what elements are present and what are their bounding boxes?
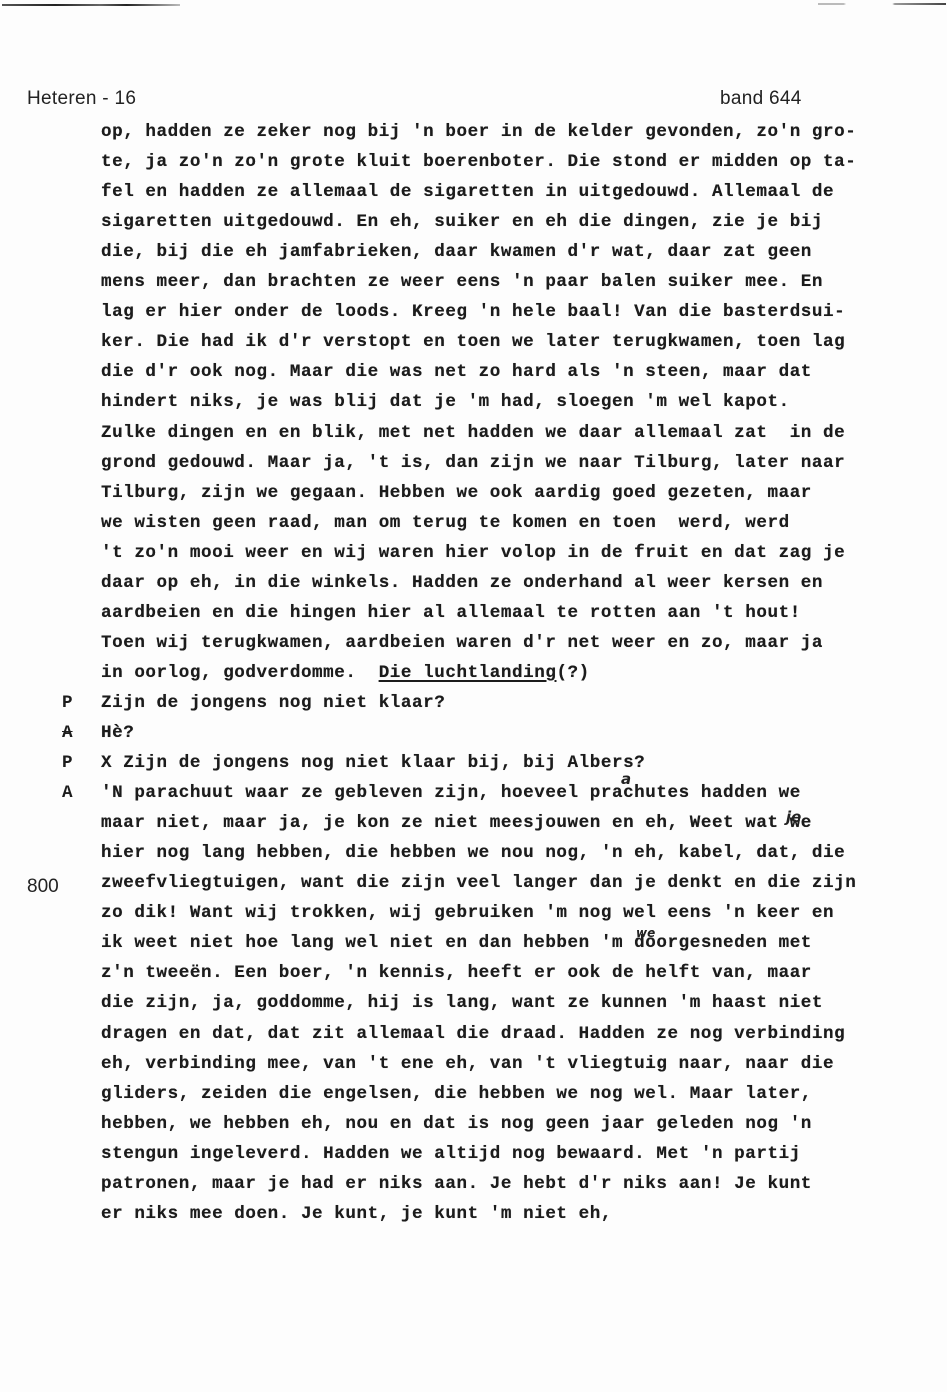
page-header: Heteren - 16 band 644 <box>27 88 927 116</box>
transcript-line: zo dik! Want wij trokken, wij gebruiken … <box>101 902 834 924</box>
handwritten-correction: a <box>621 770 631 788</box>
transcript-line: op, hadden ze zeker nog bij 'n boer in d… <box>101 121 856 143</box>
handwritten-correction: je <box>786 808 801 826</box>
transcript-line: te, ja zo'n zo'n grote kluit boerenboter… <box>101 151 856 173</box>
transcript-line: mens meer, dan brachten ze weer eens 'n … <box>101 271 823 293</box>
transcript-line: ik weet niet hoe lang wel niet en dan he… <box>101 932 812 954</box>
transcript-line: Toen wij terugkwamen, aardbeien waren d'… <box>101 632 823 654</box>
transcript-line: Zijn de jongens nog niet klaar? <box>101 692 445 714</box>
transcript-line: er niks mee doen. Je kunt, je kunt 'm ni… <box>101 1203 612 1225</box>
transcript-line: daar op eh, in die winkels. Hadden ze on… <box>101 572 823 594</box>
transcript-line: Zulke dingen en en blik, met net hadden … <box>101 422 845 444</box>
speaker-label: A <box>62 722 73 744</box>
tape-number: band 644 <box>720 88 802 110</box>
transcript-line: die, bij die eh jamfabrieken, daar kwame… <box>101 241 812 263</box>
transcript-line: 'N parachuut waar ze gebleven zijn, hoev… <box>101 782 801 804</box>
scan-edge-mark <box>2 4 180 6</box>
transcript-line: we wisten geen raad, man om terug te kom… <box>101 512 790 534</box>
transcript-line: aardbeien en die hingen hier al allemaal… <box>101 602 801 624</box>
transcript-line: Tilburg, zijn we gegaan. Hebben we ook a… <box>101 482 812 504</box>
transcript-line: hier nog lang hebben, die hebben we nou … <box>101 842 845 864</box>
transcript-line: 't zo'n mooi weer en wij waren hier volo… <box>101 542 845 564</box>
transcript-line: dragen en dat, dat zit allemaal die draa… <box>101 1023 845 1045</box>
transcript-line: in oorlog, godverdomme. Die luchtlanding… <box>101 662 590 684</box>
transcript-line: patronen, maar je had er niks aan. Je he… <box>101 1173 812 1195</box>
speaker-label: P <box>62 752 73 774</box>
transcript-line: z'n tweeën. Een boer, 'n kennis, heeft e… <box>101 962 812 984</box>
transcript-line: maar niet, maar ja, je kon ze niet meesj… <box>101 812 812 834</box>
transcript-line: ker. Die had ik d'r verstopt en toen we … <box>101 331 845 353</box>
transcript-line: lag er hier onder de loods. Kreeg 'n hel… <box>101 301 845 323</box>
transcript-line: fel en hadden ze allemaal de sigaretten … <box>101 181 834 203</box>
transcript-line: eh, verbinding mee, van 't ene eh, van '… <box>101 1053 834 1075</box>
margin-counter: 800 <box>27 876 59 898</box>
transcript-line: die d'r ook nog. Maar die was net zo har… <box>101 361 812 383</box>
transcript-line: grond gedouwd. Maar ja, 't is, dan zijn … <box>101 452 845 474</box>
transcript-line: stengun ingeleverd. Hadden we altijd nog… <box>101 1143 801 1165</box>
scan-edge-mark <box>818 3 946 5</box>
transcript-line: X Zijn de jongens nog niet klaar bij, bi… <box>101 752 645 774</box>
handwritten-correction: we <box>636 926 655 940</box>
transcript-line: die zijn, ja, goddomme, hij is lang, wan… <box>101 992 823 1014</box>
transcript-line: hebben, we hebben eh, nou en dat is nog … <box>101 1113 812 1135</box>
speaker-label: P <box>62 692 73 714</box>
transcript-line: gliders, zeiden die engelsen, die hebben… <box>101 1083 812 1105</box>
transcript-line: zweefvliegtuigen, want die zijn veel lan… <box>101 872 856 894</box>
document-title: Heteren - 16 <box>27 88 136 110</box>
transcript-line: Hè? <box>101 722 134 744</box>
document-page: Heteren - 16 band 644 800 op, hadden ze … <box>0 0 947 1392</box>
transcript-line: sigaretten uitgedouwd. En eh, suiker en … <box>101 211 823 233</box>
speaker-label: A <box>62 782 73 804</box>
underlined-annotation: Die luchtlanding <box>379 663 557 683</box>
transcript-line: hindert niks, je was blij dat je 'm had,… <box>101 391 790 413</box>
